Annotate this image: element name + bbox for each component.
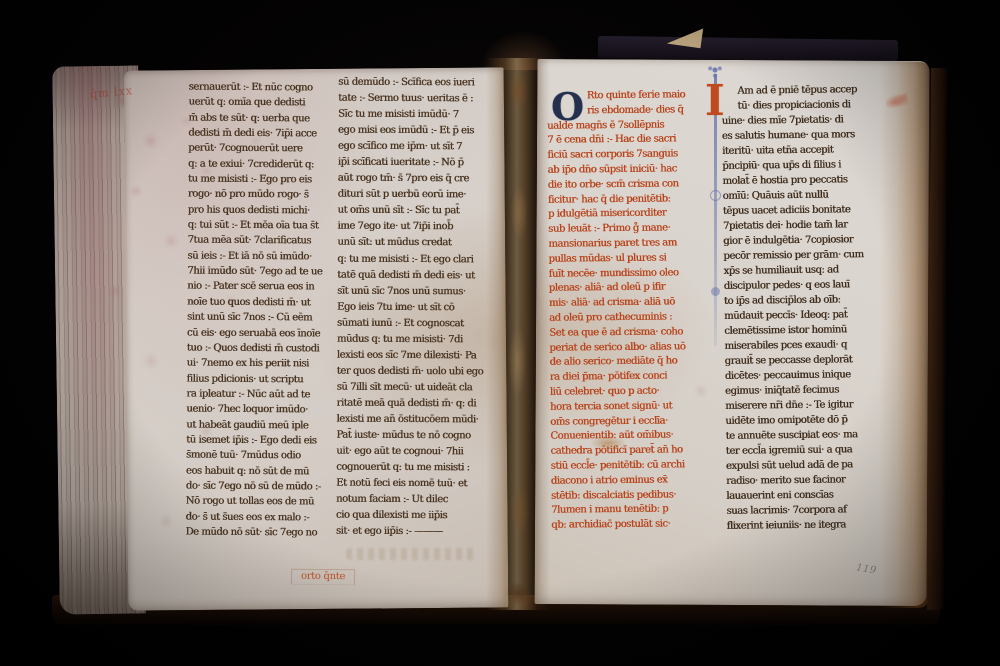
text-line: iteritū· uita etn̄a accepit <box>722 144 862 161</box>
illuminated-initial-I: I <box>705 80 725 122</box>
text-line: sint unū sīc 7nos :- Cū eēm <box>187 312 322 328</box>
left-page-column-2: sū demūdo :- Scīfica eos iueritate :- Se… <box>336 77 485 543</box>
right-page-rubric-column: Rto quinte ferie maioris ebdomade· dies … <box>547 89 690 534</box>
text-line: tēpus uacet adiciis bonitate <box>723 204 863 221</box>
text-line: lexisti me an̄ ōstitucōem mūdi· <box>336 414 482 431</box>
text-line: cū eis· ego seruabā eos īnoīe <box>187 327 322 343</box>
text-line: do· s̄ ut s̄ues eos ex malo :- <box>186 511 321 527</box>
text-line: te annuēte suscipiat eos· ma <box>725 429 865 446</box>
text-line: p̄ncipiū· qua up̄s di filius i <box>722 159 862 176</box>
text-line: stētib: discalciatis pedibus· <box>551 489 689 505</box>
text-line: tuo :- Quos dedisti m̄ custodi <box>187 342 322 358</box>
text-line: dituri sūt p uerbū eorū ime· <box>338 189 484 206</box>
text-line: 7hii imūdo sūt· 7ego ad te ue <box>187 266 322 282</box>
text-line: fuīt necēe· mundissimo oleo <box>549 267 687 283</box>
text-line: pro his quos dedisti michi· <box>188 204 323 220</box>
text-line: ut om̄s unū sīt :- Sīc tu pat̄ <box>337 205 483 222</box>
text-line: sub leuāt :- Primo g̊ mane· <box>548 222 686 238</box>
text-line: s̄monē tuū· 7mūdus odio <box>186 450 321 466</box>
text-line: pullas mūdas· ul plures si <box>548 252 686 268</box>
text-line: uerūt q: omīa que dedisti <box>188 97 323 113</box>
text-line: diacono i atrio eminus ex̄ <box>551 474 689 490</box>
text-line: ficiū sacri corporis 7sanguis <box>547 148 685 164</box>
book-cover-right-edge <box>927 68 949 610</box>
text-line: hora tercia sonet signū· ut <box>550 400 688 416</box>
offset-ghost-marks <box>346 548 476 560</box>
text-line: mūdus q: tu me misisti· 7di <box>337 333 483 350</box>
text-line: 7lumen i manu tenētib: p <box>551 504 689 520</box>
text-line: expulsi sūt uelud adā de pa <box>726 459 866 476</box>
text-line: ter quos dedisti m̄· uolo ubi ego <box>337 365 483 382</box>
right-page-column-2: Am ad ē pniē tēpus acceptū· dies propici… <box>721 84 867 536</box>
text-line: Et notū feci eis nomē tuū· et <box>336 478 482 495</box>
text-line: cio qua dilexisti me iip̄is <box>336 510 482 527</box>
text-line: aūt rogo tm̄· s̄ 7pro eis q̄ cre <box>338 173 484 190</box>
text-line: uit· ego aūt te cognoui· 7hii <box>336 446 482 463</box>
text-line: uidēte imo omipotēte dō p̄ <box>725 414 865 431</box>
text-line: stiū eccl̄e· penitētib: cū archi <box>551 459 689 475</box>
text-line: Set ea que ē ad crisma· coho <box>549 326 687 342</box>
text-line: eos habuit q: nō sūt de mū <box>186 465 321 481</box>
text-line: pecōr remissio per grām· cum <box>723 249 863 266</box>
gutter-fold-stain <box>486 58 550 610</box>
text-line: filius pdicionis· ut scriptu <box>186 373 321 389</box>
text-line: miserere nr̄i dn̄e :- Te igitur <box>725 399 865 416</box>
mold-spots <box>0 0 2 2</box>
text-line: mansionarius paret tres am <box>548 237 686 253</box>
text-line: die ito orbe· scm̄ crisma con <box>548 178 686 194</box>
text-line: dicētes· peccauimus inique <box>725 369 865 386</box>
text-line: Sīc tu me misisti imūdū· 7 <box>338 109 484 126</box>
text-line: ip̄i scīficati iueritate :- Nō p̄ <box>338 157 484 174</box>
text-line: tū· dies propiciacionis di <box>721 99 861 116</box>
text-line: Ego ieis 7tu ime· ut sīt cō <box>337 301 483 318</box>
text-line: sū ieis :- Et iā nō sū imūdo· <box>187 250 322 266</box>
text-line: Pat̄ iuste· mūdus te nō cogno <box>336 430 482 447</box>
text-line: ra ipleatur :- Nūc aūt ad te <box>186 388 321 404</box>
text-line: lexisti eos sīc 7me dilexisti· Pa <box>337 349 483 366</box>
text-line: omīū: Quāuis aūt nullū <box>723 189 863 206</box>
text-line: cognouerūt q: tu me misisti : <box>336 462 482 479</box>
text-line: m̄ abs te sūt· q: uerba que <box>188 112 323 128</box>
text-line: sit· et ego iip̄is :- ——— <box>336 526 482 543</box>
text-line: ra diei p̄ma· pōtifex conci <box>550 370 688 386</box>
text-line: dedisti m̄ dedi eis· 7ip̄i acce <box>188 128 323 144</box>
text-line: egimus· iniq̄tatē fecimus <box>725 384 865 401</box>
illuminated-initial-O: O <box>551 88 585 127</box>
manuscript-photo: sernauerūt :- Et nūc cognouerūt q: omīa … <box>0 0 1000 666</box>
text-line: gior ē indulgētia· 7copiosior <box>723 234 863 251</box>
text-line: do· sīc 7ego nō sū de mūdo :- <box>186 480 321 496</box>
text-line: xp̄s se humiliauit usq: ad <box>723 264 863 281</box>
book-binding-top-edge <box>598 36 898 62</box>
text-line: clemētissime istor hominū <box>724 324 864 341</box>
text-line: unū sīt: ut mūdus credat <box>337 237 483 254</box>
text-line: perūt· 7cognouerūt uere <box>188 143 323 159</box>
text-line: tate :- Sermo tuus· ueritas ē : <box>338 93 484 110</box>
text-line: tatē quā dedisti m̄ dedi eis· ut <box>337 269 483 286</box>
text-line: radiso· merito sue facinor <box>726 474 866 491</box>
catchword: orto q̄nte <box>291 569 355 586</box>
text-line: rogo· nō pro mūdo rogo· s̄ <box>188 189 323 205</box>
text-line: p idulgētiā misericorditer <box>548 208 686 224</box>
text-line: molat̄ ē hostia pro peccatis <box>722 174 862 191</box>
text-line: suas lacrimis· 7corpora af <box>726 504 866 521</box>
text-line: to ip̄s ad discip̄los ab oīb: <box>724 294 864 311</box>
text-line: uine· dies mīe 7pietatis· di <box>722 114 862 131</box>
text-line: qb: archidiac̄ postulāt sic· <box>551 518 689 534</box>
text-line: mūdauit peccīs· Ideoq: pat̄ <box>724 309 864 326</box>
text-line: ad oleū pro cathecuminis : <box>549 311 687 327</box>
text-line: mis· aliā· ad crisma· aliā uō <box>549 296 687 312</box>
text-line: sū 7illi sīt mecū· ut uideāt cla <box>337 382 483 399</box>
text-line: sernauerūt :- Et nūc cogno <box>189 82 324 98</box>
text-line: ime 7ego ite· ut 7ip̄i inob̄ <box>337 221 483 238</box>
text-line: De mūdo nō sūt· sīc 7ego no <box>185 526 320 542</box>
left-page-column-1: sernauerūt :- Et nūc cognouerūt q: omīa … <box>185 82 323 543</box>
text-line: noīe tuo quos dedisti m̄· ut <box>187 296 322 312</box>
text-line: plenas· aliā· ad oleū p ifir <box>549 282 687 298</box>
text-line: es salutis humane· qua mors <box>722 129 862 146</box>
text-line: miserabiles pces exaudi· q <box>724 339 864 356</box>
text-line: uenio· 7hec loquor imūdo· <box>186 404 321 420</box>
text-line: ab ip̄o dn̄o sūpsit iniciū· hac <box>547 163 685 179</box>
text-line: ego scīfico me ip̄m· ut sīt 7 <box>338 141 484 158</box>
text-line: grauit̄ se peccasse deplorāt <box>725 354 865 371</box>
text-line: Am ad ē pniē tēpus accep <box>721 84 861 101</box>
text-line: ut habeāt gaudiū meū iple <box>186 419 321 435</box>
text-line: notum faciam :- Ut dilec <box>336 494 482 511</box>
text-line: ficitur· hac q̄ die penitētib: <box>548 193 686 209</box>
text-line: sū demūdo :- Scīfica eos iueri <box>338 77 484 94</box>
text-line: flixerint ieiuniis· ne itegra <box>727 519 867 536</box>
text-line: sīt unū sīc 7nos unū sumus· <box>337 285 483 302</box>
text-line: discipulor pedes· q eos lauī <box>724 279 864 296</box>
text-line: Nō rogo ut tollas eos de mū <box>186 496 321 512</box>
text-line: tu me misisti :- Ego pro eis <box>188 174 323 190</box>
text-line: ritatē meā quā dedisti m̄· q: di <box>336 398 482 415</box>
text-line: lauauerint eni conscīas <box>726 489 866 506</box>
text-line: tū isemet ip̄is :- Ego dedi eis <box>186 434 321 450</box>
text-line: ego misi eos imūdū :- Et p̄ eis <box>338 125 484 142</box>
text-line: ter eccl̄a igremiū sui· a qua <box>726 444 866 461</box>
text-line: 7tua mēa sūt· 7clarificatus <box>187 235 322 251</box>
text-line: 7pietatis dei· hodie tam̄ lar <box>723 219 863 236</box>
text-line: nio :- Pater scē serua eos in <box>187 281 322 297</box>
text-line: de alio serico· mediāte q̄ ho <box>549 356 687 372</box>
text-line: om̄s congregētur i ecclīa· <box>550 415 688 431</box>
ink-stain-blob <box>590 436 626 450</box>
text-line: periat de serico albo· alias uō <box>549 341 687 357</box>
text-line: q: a te exiui· 7crediderūt q: <box>188 158 323 174</box>
text-line: q: tu me misisti :- Et ego clari <box>337 253 483 270</box>
text-line: sūmati iunū :- Et cognoscat <box>337 317 483 334</box>
text-line: liū celebret· quo p acto· <box>550 385 688 401</box>
right-page-foxing-edge <box>880 62 930 608</box>
text-line: q: tui sūt :- Et mēa oīa tua s̄t <box>188 220 323 236</box>
text-line: 7 ē cena dn̄i :- Hac die sacri <box>547 134 685 150</box>
text-line: ui· 7nemo ex his periit nisi <box>187 358 322 374</box>
